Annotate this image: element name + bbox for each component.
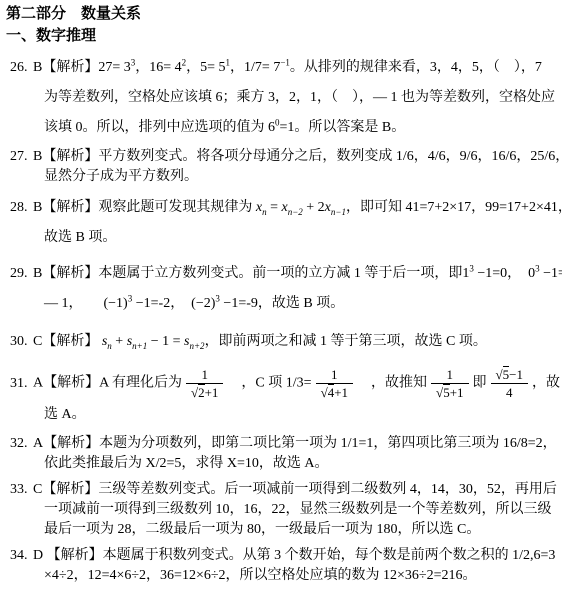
solution-line: 一项减前一项得到三级数列 10，16，22，显然三级数列是一个等差数列，所以三级 [0,500,562,520]
solution-item: 31.A【解析】A 有理化后为1√2+1 ，C 项 1/3=1√4+1 ，故推知… [0,367,562,430]
question-number: 27. [10,147,33,167]
solution-line: 为等差数列，空格处应该填 6；乘方 3，2，1，（ ），— 1 也为等差数列，空… [0,83,562,113]
solution-line: 最后一项为 28，二级最后一项为 80，一级最后一项为 180，所以选 C。 [0,520,562,540]
solution-line-first: 26.B【解析】27= 33，16= 42，5= 51，1/7= 7−1。从排列… [0,53,562,83]
question-number: 33. [10,480,33,500]
fraction: 1√5+1 [431,367,468,400]
fraction: 1√4+1 [316,367,353,400]
sqrt-radical: √5 [436,384,450,400]
section-subtitle: 一、数字推理 [0,25,562,47]
solution-line-first: 27.B【解析】平方数列变式。将各项分母通分之后，数列变成 1/6，4/6，9/… [0,147,562,167]
document-page: 第二部分 数量关系 一、数字推理 26.B【解析】27= 33，16= 42，5… [0,0,562,586]
sqrt-radical: √2 [191,384,205,400]
solution-item: 33.C【解析】三级等差数列变式。后一项减前一项得到二级数列 4，14，30，5… [0,480,562,540]
fraction: √5−14 [491,367,528,400]
solution-item: 27.B【解析】平方数列变式。将各项分母通分之后，数列变成 1/6，4/6，9/… [0,147,562,187]
solution-line: 选 A。 [0,400,562,430]
question-number: 31. [10,369,33,399]
solution-line: 依此类推最后为 X/2=5，求得 X=10，故选 A。 [0,454,562,474]
solution-line-first: 28.B【解析】观察此题可发现其规律为 xn = xn−2 + 2xn−1，即可… [0,193,562,223]
solution-list: 26.B【解析】27= 33，16= 42，5= 51，1/7= 7−1。从排列… [0,53,562,586]
solution-line: — 1， (−1)3 −1=-2， (−2)3 −1=-9，故选 B 项。 [0,289,562,319]
solution-line-first: 29.B【解析】本题属于立方数列变式。前一项的立方减 1 等于后一项，即13 −… [0,259,562,289]
solution-item: 29.B【解析】本题属于立方数列变式。前一项的立方减 1 等于后一项，即13 −… [0,259,562,319]
question-number: 30. [10,327,33,357]
solution-item: 28.B【解析】观察此题可发现其规律为 xn = xn−2 + 2xn−1，即可… [0,193,562,253]
question-number: 34. [10,546,33,566]
solution-line: 该填 0。所以，排列中应选项的值为 60=1。所以答案是 B。 [0,113,562,143]
solution-line-first: 33.C【解析】三级等差数列变式。后一项减前一项得到二级数列 4，14，30，5… [0,480,562,500]
solution-line-first: 30.C【解析】 sn + sn+1 − 1 = sn+2，即前两项之和减 1 … [0,327,562,357]
page-title: 第二部分 数量关系 [0,3,562,25]
solution-line-first: 31.A【解析】A 有理化后为1√2+1 ，C 项 1/3=1√4+1 ，故推知… [0,367,562,400]
solution-line-first: 32.A【解析】本题为分项数列，即第二项比第一项为 1/1=1，第四项比第三项为… [0,434,562,454]
solution-line: 故选 B 项。 [0,223,562,253]
question-number: 29. [10,259,33,289]
question-number: 32. [10,434,33,454]
solution-line: ×4÷2，12=4×6÷2，36=12×6÷2，所以空格处应填的数为 12×36… [0,566,562,586]
solution-item: 34.D 【解析】本题属于积数列变式。从第 3 个数开始，每个数是前两个数之积的… [0,546,562,586]
solution-item: 32.A【解析】本题为分项数列，即第二项比第一项为 1/1=1，第四项比第三项为… [0,434,562,474]
solution-item: 26.B【解析】27= 33，16= 42，5= 51，1/7= 7−1。从排列… [0,53,562,143]
solution-line: 显然分子成为平方数列。 [0,167,562,187]
solution-item: 30.C【解析】 sn + sn+1 − 1 = sn+2，即前两项之和减 1 … [0,327,562,357]
solution-line-first: 34.D 【解析】本题属于积数列变式。从第 3 个数开始，每个数是前两个数之积的… [0,546,562,566]
question-number: 26. [10,53,33,83]
sqrt-radical: √5 [496,366,510,382]
sqrt-radical: √4 [321,384,335,400]
question-number: 28. [10,193,33,223]
fraction: 1√2+1 [186,367,223,400]
